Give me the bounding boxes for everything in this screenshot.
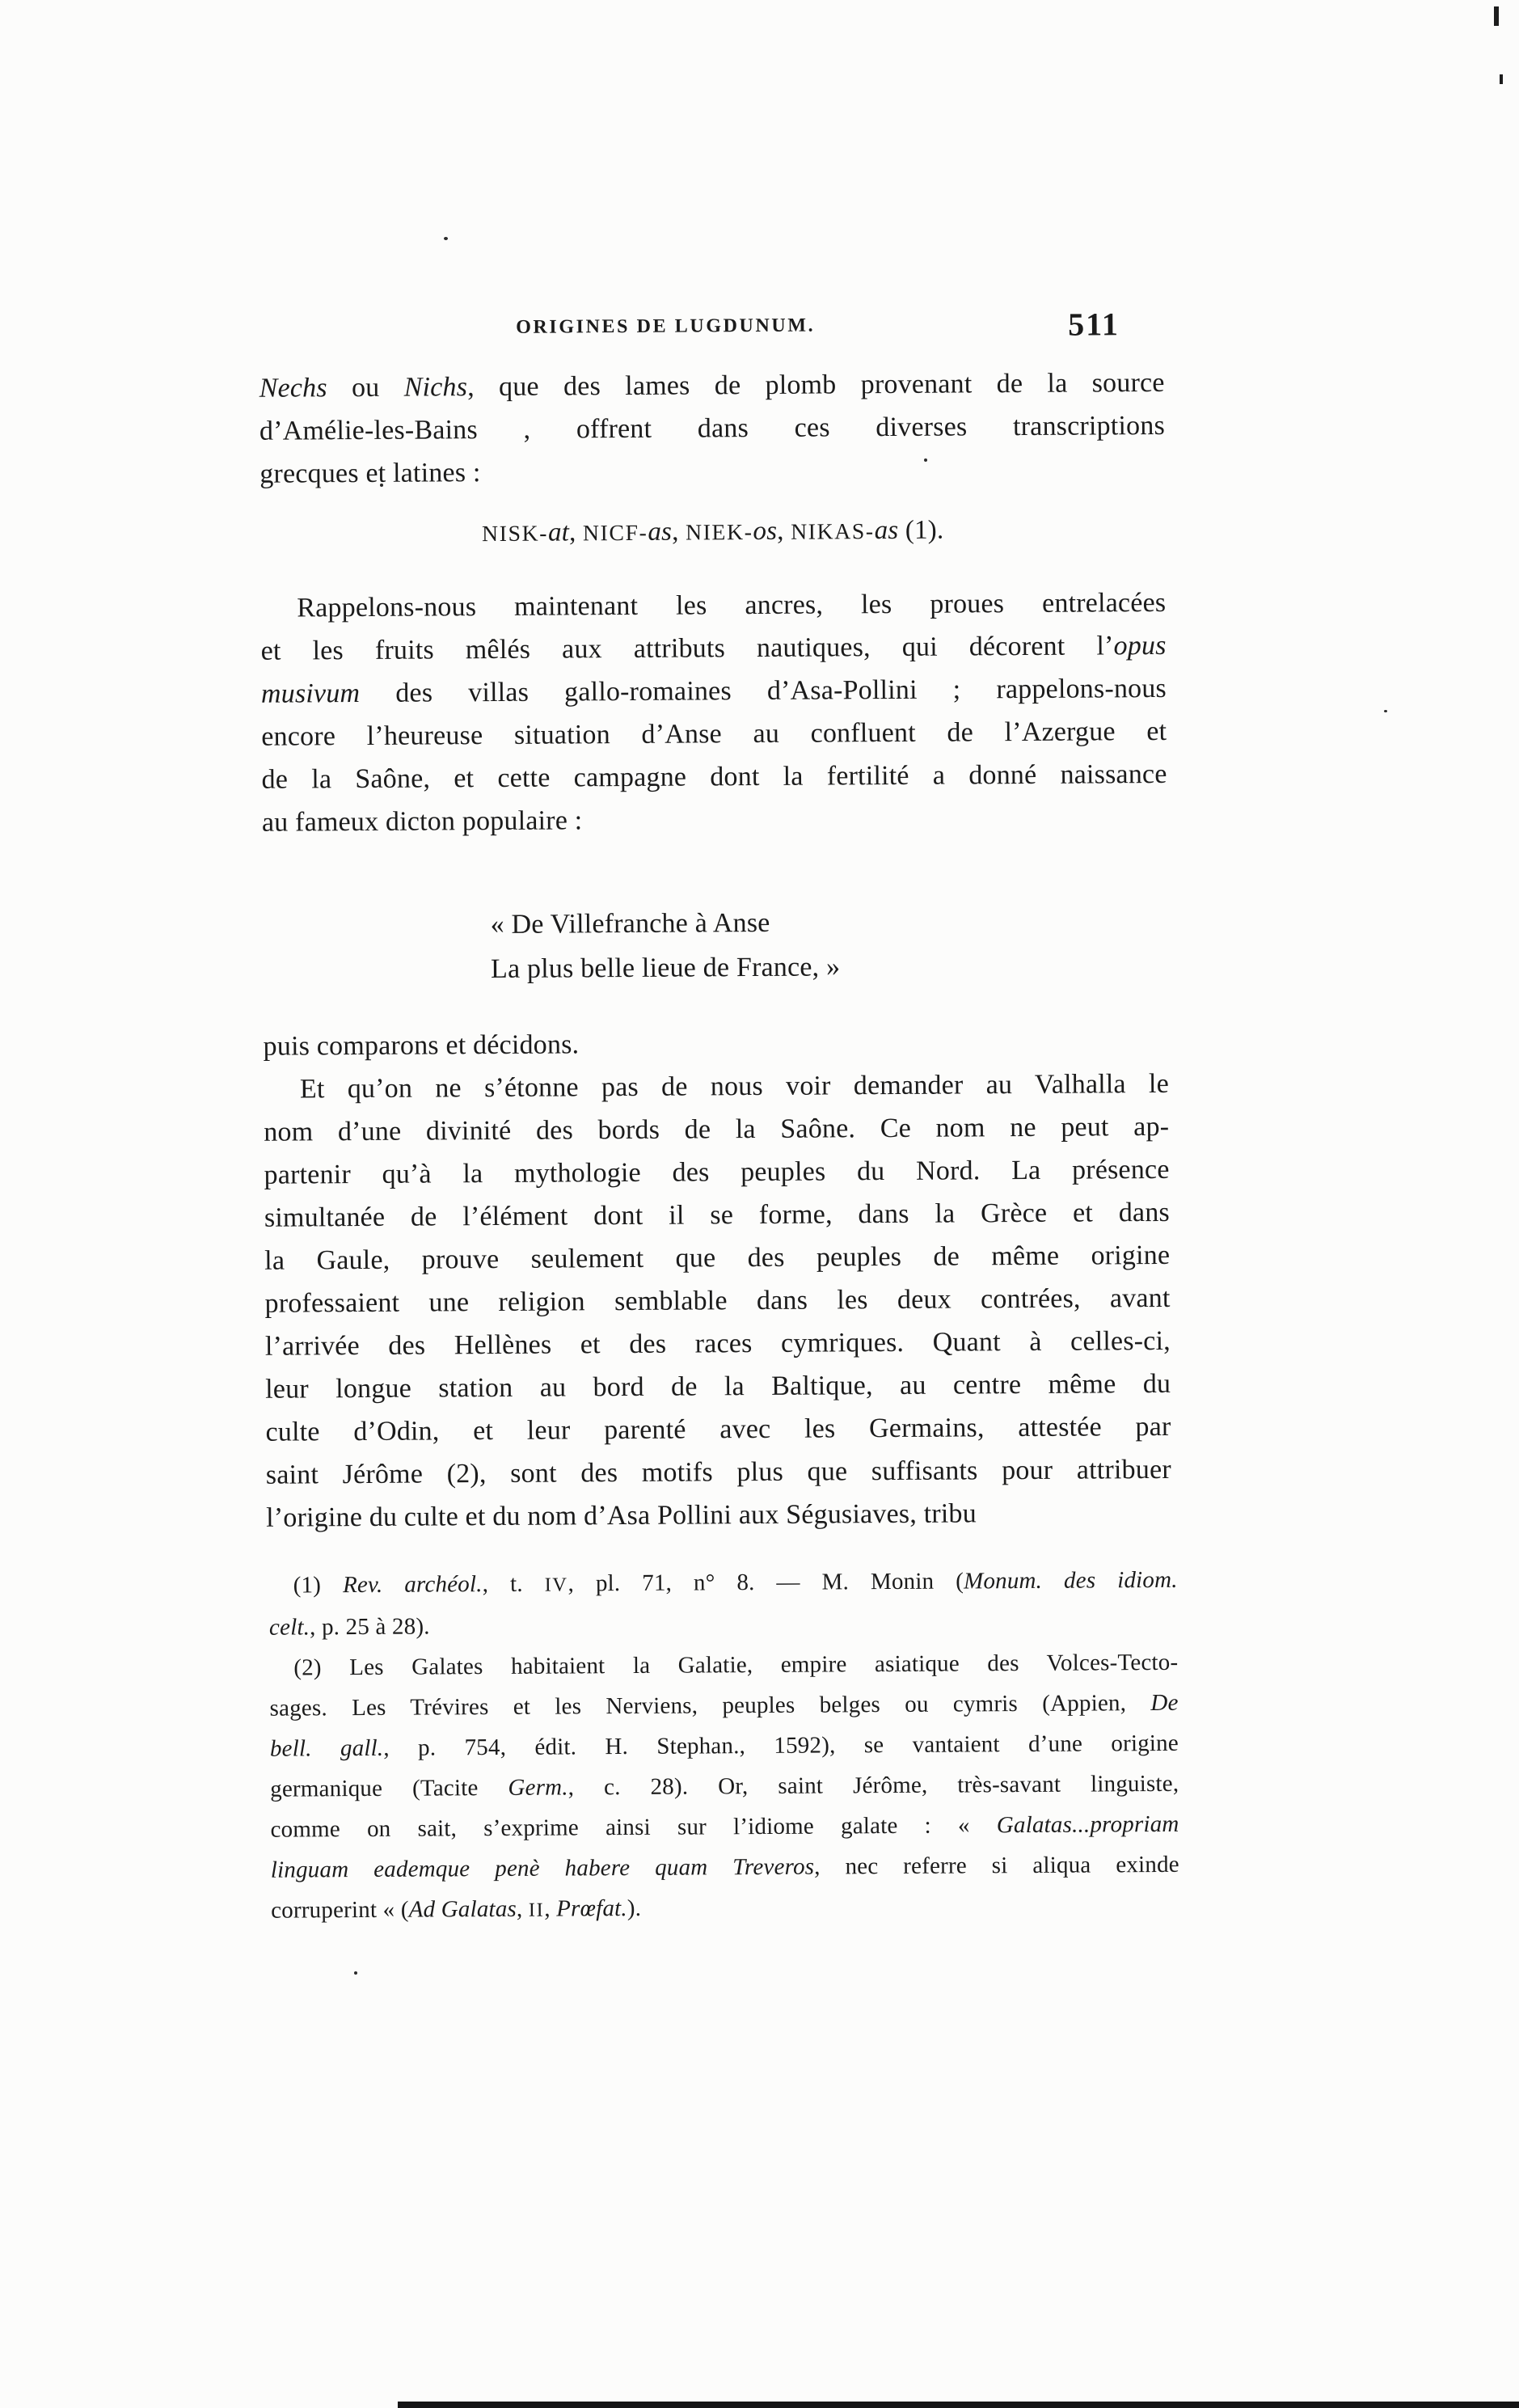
text-line: Rappelons-nous maintenant les ancres, le… (260, 581, 1166, 630)
text-line: l’arrivée des Hellènes et des races cymr… (265, 1320, 1171, 1368)
running-head: ORIGINES DE LUGDUNUM. 511 (0, 309, 1515, 355)
text-line: (2) Les Galates habitaient la Galatie, e… (269, 1642, 1178, 1688)
para-3: puis comparons et décidons. (263, 1020, 1168, 1068)
text-line: de la Saône, et cette campagne dont la f… (261, 753, 1167, 801)
scan-speck (354, 1971, 357, 1975)
text-line: NISK-at, NICF-as, NIEK-os, NIKAS-as (1). (260, 508, 1166, 556)
scan-speck (444, 237, 448, 240)
text-line: sages. Les Trévires et les Nerviens, peu… (269, 1683, 1178, 1729)
text-line: culte d’Odin, et leur parenté avec les G… (265, 1405, 1171, 1454)
text-line: La plus belle lieue de France, » (491, 943, 1168, 991)
scanned-book-page: ORIGINES DE LUGDUNUM. 511 Nechs ou Nichs… (0, 0, 1519, 2408)
text-line: Nechs ou Nichs, que des lames de plomb p… (259, 361, 1164, 410)
scan-speck (380, 484, 383, 487)
text-line: puis comparons et décidons. (263, 1020, 1168, 1068)
text-line: germanique (Tacite Germ., c. 28). Or, sa… (270, 1764, 1179, 1810)
text-line: (1) Rev. archéol., t. IV, pl. 71, n° 8. … (269, 1560, 1178, 1607)
body-text-column: Nechs ou Nichs, que des lames de plomb p… (259, 361, 1171, 1540)
text-line: « De Villefranche à Anse (491, 898, 1168, 947)
text-line: nom d’une divinité des bords de la Saône… (264, 1105, 1169, 1154)
text-line: bell. gall., p. 754, édit. H. Stephan., … (270, 1723, 1179, 1769)
page-sheet: ORIGINES DE LUGDUNUM. 511 Nechs ou Nichs… (0, 0, 1519, 2408)
text-line: Et qu’on ne s’étonne pas de nous voir de… (264, 1062, 1169, 1111)
page-title: ORIGINES DE LUGDUNUM. (516, 315, 815, 339)
text-line: l’origine du culte et du nom d’Asa Polli… (266, 1491, 1171, 1540)
scan-speck (1384, 710, 1387, 712)
text-line: linguam eademque penè habere quam Trever… (271, 1844, 1179, 1890)
para-quote: « De Villefranche à AnseLa plus belle li… (263, 898, 1169, 993)
para-1: Nechs ou Nichs, que des lames de plomb p… (259, 361, 1165, 496)
text-line: d’Amélie-les-Bains , offrent dans ces di… (259, 404, 1165, 453)
text-line: grecques et latines : (259, 447, 1165, 496)
para-4: Et qu’on ne s’étonne pas de nous voir de… (264, 1062, 1172, 1540)
page-number: 511 (1068, 305, 1120, 343)
text-line: comme on sait, s’exprime ainsi sur l’idi… (270, 1804, 1179, 1850)
scan-edge-mark (1500, 74, 1503, 84)
scan-speck (924, 458, 927, 462)
text-line: saint Jérôme (2), sont des motifs plus q… (266, 1448, 1171, 1497)
text-line: au fameux dicton populaire : (262, 796, 1167, 844)
text-line: encore l’heureuse situation d’Anse au co… (261, 710, 1167, 758)
text-line: corruperint « (Ad Galatas, II, Prœfat.). (271, 1885, 1179, 1933)
footnote-2: (2) Les Galates habitaient la Galatie, e… (269, 1642, 1179, 1933)
para-nisk: NISK-at, NICF-as, NIEK-os, NIKAS-as (1). (260, 508, 1166, 556)
text-line: professaient une religion semblable dans… (264, 1277, 1170, 1325)
text-line: musivum des villas gallo-romaines d’Asa-… (261, 667, 1167, 716)
text-line: la Gaule, prouve seulement que des peupl… (264, 1234, 1170, 1282)
scan-edge-mark (1494, 6, 1499, 26)
text-line: leur longue station au bord de la Baltiq… (265, 1362, 1171, 1411)
footnotes-section: (1) Rev. archéol., t. IV, pl. 71, n° 8. … (269, 1560, 1180, 1933)
scan-bottom-edge (398, 2402, 1519, 2408)
text-line: celt., p. 25 à 28). (269, 1602, 1178, 1648)
para-2: Rappelons-nous maintenant les ancres, le… (260, 581, 1167, 844)
text-line: et les fruits mêlés aux attributs nautiq… (260, 624, 1166, 673)
text-line: simultanée de l’élément dont il se forme… (264, 1191, 1170, 1240)
footnote-1: (1) Rev. archéol., t. IV, pl. 71, n° 8. … (269, 1560, 1179, 1648)
text-line: partenir qu’à la mythologie des peuples … (264, 1148, 1169, 1197)
